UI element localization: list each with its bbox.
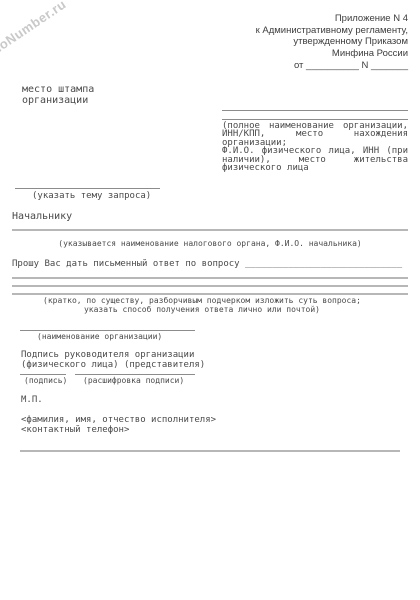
addressee-label: Начальнику (12, 211, 72, 222)
executor-phone-line: <контактный телефон> (21, 425, 216, 435)
seal-label: М.П. (21, 395, 43, 405)
recipient-caption-person: Ф.И.О. физического лица, ИНН (при наличи… (222, 147, 408, 172)
question-fill-line (12, 285, 408, 287)
topic-caption: (указать тему запроса) (32, 191, 151, 201)
watermark: NoNumber.ru (0, 0, 69, 58)
question-fill-line (12, 293, 408, 295)
org-name-fill-line (20, 330, 195, 331)
question-caption: (кратко, по существу, разборчивым подчер… (12, 296, 392, 314)
signature-label-line: Подпись руководителя организации (21, 350, 205, 360)
signature-label-line: (физического лица) (представителя) (21, 360, 205, 370)
appendix-header-line: Минфина России (256, 48, 408, 60)
order-date-number-line: от __________ N _______ (256, 60, 408, 72)
recipient-caption-org: (полное наименование организации, ИНН/КП… (222, 122, 408, 147)
signature-decode-fill-line (75, 374, 195, 375)
tax-authority-fill-line (12, 229, 408, 231)
recipient-caption: (полное наименование организации, ИНН/КП… (222, 122, 408, 172)
bottom-divider (20, 450, 400, 452)
stamp-placeholder: место штампа организации (22, 84, 94, 106)
signature-decode-caption: (расшифровка подписи) (83, 376, 184, 385)
appendix-header-line: к Административному регламенту, (256, 25, 408, 37)
org-name-caption: (наименование организации) (37, 332, 162, 341)
question-caption-line1: (кратко, по существу, разборчивым подчер… (12, 296, 392, 305)
appendix-header-line: Приложение N 4 (256, 13, 408, 25)
executor-block: <фамилия, имя, отчество исполнителя> <ко… (21, 415, 216, 435)
topic-fill-line (15, 188, 160, 189)
recipient-fill-line (222, 119, 408, 120)
signature-fill-line (20, 374, 66, 375)
stamp-placeholder-line: место штампа (22, 84, 94, 95)
appendix-header-line: утвержденному Приказом (256, 36, 408, 48)
tax-authority-caption: (указывается наименование налогового орг… (12, 239, 408, 248)
request-form-document: NoNumber.ru Приложение N 4 к Администрат… (0, 0, 420, 600)
recipient-fill-line (222, 110, 408, 111)
executor-name-line: <фамилия, имя, отчество исполнителя> (21, 415, 216, 425)
signature-label: Подпись руководителя организации (физиче… (21, 350, 205, 371)
stamp-placeholder-line: организации (22, 95, 94, 106)
question-caption-line2: указать способ получения ответа лично ил… (12, 305, 392, 314)
appendix-header: Приложение N 4 к Административному регла… (256, 13, 408, 72)
question-fill-line (12, 277, 408, 279)
signature-caption: (подпись) (24, 376, 67, 385)
request-text-line: Прошу Вас дать письменный ответ по вопро… (12, 259, 402, 269)
